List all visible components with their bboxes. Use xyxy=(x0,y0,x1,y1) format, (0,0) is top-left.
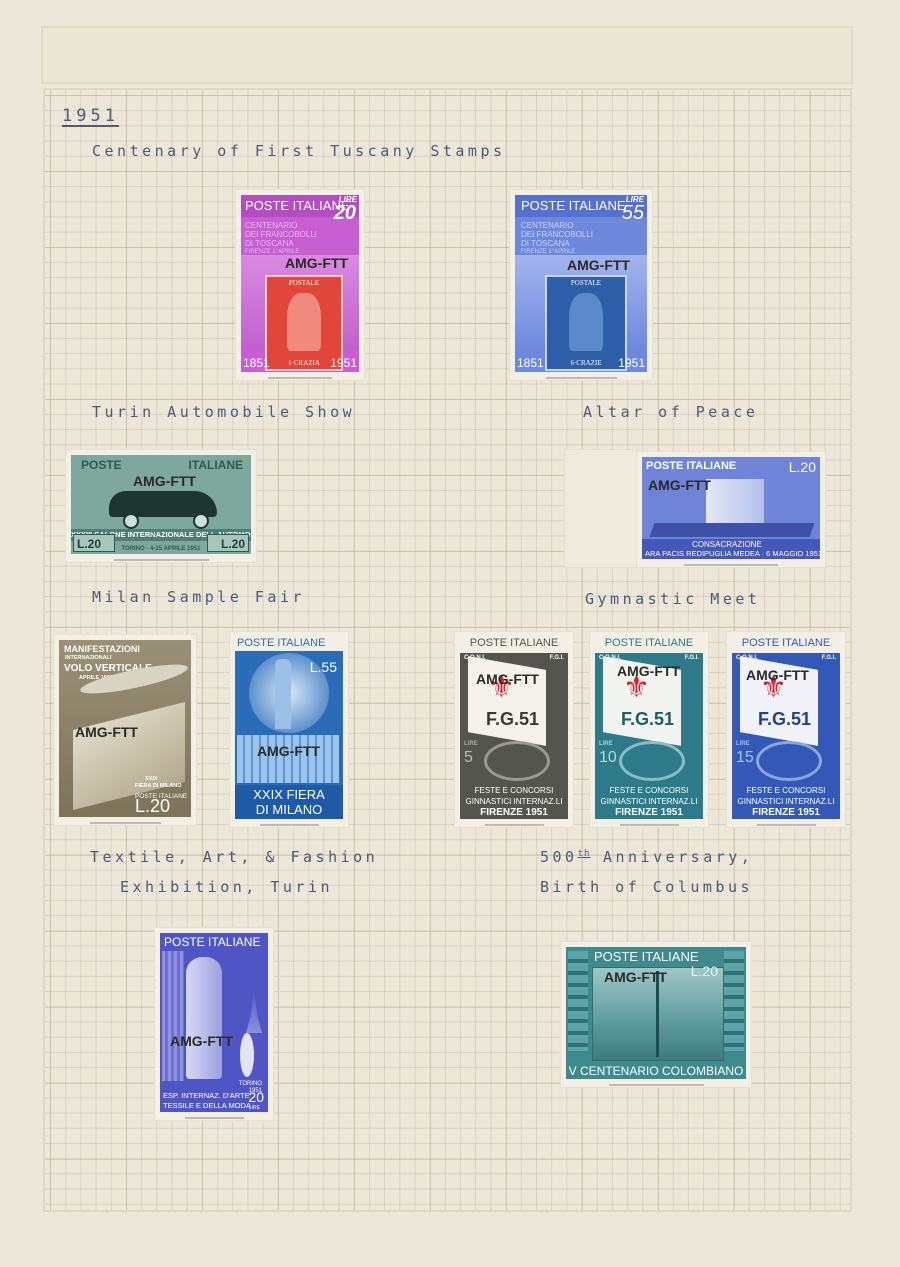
overprint: AMG-FTT xyxy=(567,257,630,273)
overprint: AMG-FTT xyxy=(648,477,711,493)
rings-icon xyxy=(484,741,550,781)
section-title-columbus-line2: Birth of Columbus xyxy=(540,878,753,896)
overprint: AMG-FTT xyxy=(75,724,138,740)
stamp-gymnastic-5[interactable]: POSTE ITALIANE C.O.N.I. F.G.I. ⚜ F.G.51 … xyxy=(455,632,573,827)
section-title-textile-line1: Textile, Art, & Fashion xyxy=(90,848,378,866)
rings-icon xyxy=(756,741,822,781)
stamp-tuscany-55[interactable]: POSTE ITALIANE LIRE 55 CENTENARIO DEI FR… xyxy=(510,190,652,380)
overprint: AMG-FTT xyxy=(746,667,809,683)
spindle-icon xyxy=(240,1033,254,1077)
statue-icon xyxy=(186,957,222,1079)
rings-icon xyxy=(619,741,685,781)
stamp-milan-20[interactable]: MANIFESTAZIONI INTERNAZIONALI VOLO VERTI… xyxy=(54,635,196,825)
overprint: AMG-FTT xyxy=(285,255,348,271)
column-icon xyxy=(162,951,184,1081)
lion-icon xyxy=(287,293,321,351)
section-title-altar: Altar of Peace xyxy=(583,403,758,421)
album-page: 1951 Centenary of First Tuscany Stamps P… xyxy=(0,0,900,1267)
statue-icon xyxy=(275,659,291,729)
stamp-gymnastic-15[interactable]: POSTE ITALIANE C.O.N.I. F.G.I. ⚜ F.G.51 … xyxy=(727,632,845,827)
mole-antonelliana-icon xyxy=(246,989,262,1033)
title-strip xyxy=(41,26,853,84)
section-title-tuscany: Centenary of First Tuscany Stamps xyxy=(92,142,506,160)
section-title-automobile: Turin Automobile Show xyxy=(92,403,355,421)
section-title-textile-line2: Exhibition, Turin xyxy=(120,878,333,896)
monument-icon xyxy=(706,479,764,525)
stamp-automobile[interactable]: POSTE ITALIANE XXXIII SALONE INTERNAZION… xyxy=(66,450,256,562)
stamp-columbus[interactable]: POSTE ITALIANE L.20 V CENTENARIO COLOMBI… xyxy=(561,942,751,1087)
stamp-gymnastic-10[interactable]: POSTE ITALIANE C.O.N.I. F.G.I. ⚜ F.G.51 … xyxy=(590,632,708,827)
overprint: AMG-FTT xyxy=(257,743,320,759)
stamp-tuscany-20[interactable]: POSTE ITALIANE LIRE 20 CENTENARIO DEI FR… xyxy=(236,190,364,380)
stamp-textile[interactable]: POSTE ITALIANE TORINO 1951 ESP. INTERNAZ… xyxy=(155,928,273,1120)
overprint: AMG-FTT xyxy=(617,663,680,679)
section-title-gymnastic: Gymnastic Meet xyxy=(585,590,760,608)
overprint: AMG-FTT xyxy=(170,1033,233,1049)
overprint: AMG-FTT xyxy=(133,473,196,489)
stamp-altar-of-peace[interactable]: POSTE ITALIANE L.20 CONSACRAZIONE ARA PA… xyxy=(637,452,825,567)
year-heading: 1951 xyxy=(62,108,119,127)
stamp-selvage xyxy=(565,450,637,567)
section-title-columbus-line1: 500th Anniversary, xyxy=(540,848,753,866)
section-title-milan: Milan Sample Fair xyxy=(92,588,305,606)
overprint: AMG-FTT xyxy=(604,969,667,985)
lion-icon xyxy=(569,293,603,351)
overprint: AMG-FTT xyxy=(476,671,539,687)
stamp-milan-55[interactable]: POSTE ITALIANE L.55 XXIX FIERA DI MILANO… xyxy=(230,632,348,827)
